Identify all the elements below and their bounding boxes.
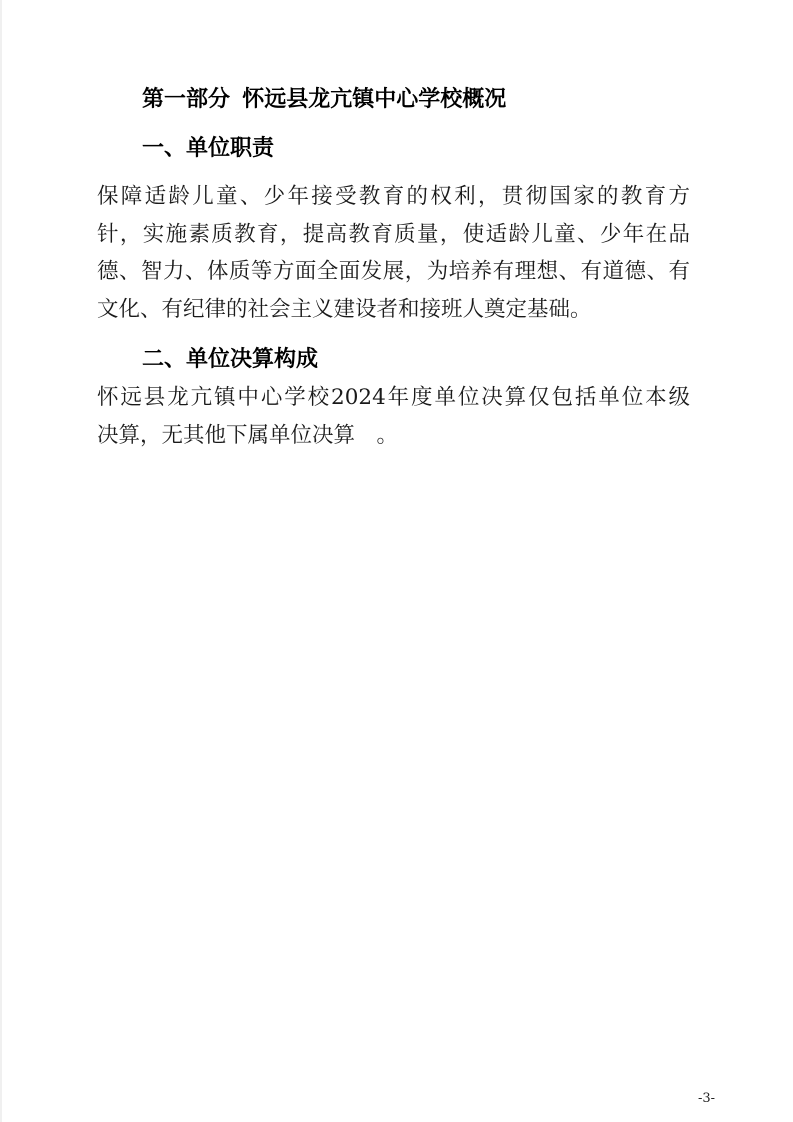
document-page: 第一部分 怀远县龙亢镇中心学校概况 一、单位职责 保障适龄儿童、少年接受教育的权… — [0, 0, 793, 1122]
paragraph-line: 文化、有纪律的社会主义建设者和接班人奠定基础。 — [97, 291, 690, 329]
paragraph-line: 决算，无其他下属单位决算 。 — [97, 417, 690, 455]
page-content: 第一部分 怀远县龙亢镇中心学校概况 一、单位职责 保障适龄儿童、少年接受教育的权… — [0, 0, 793, 454]
page-number: -3- — [698, 1092, 715, 1106]
section-1-heading: 一、单位职责 — [142, 135, 690, 161]
section-final-accounts-composition: 二、单位决算构成 怀远县龙亢镇中心学校2024年度单位决算仅包括单位本级决算，无… — [97, 346, 690, 454]
section-2-heading: 二、单位决算构成 — [142, 346, 690, 372]
section-2-paragraph: 怀远县龙亢镇中心学校2024年度单位决算仅包括单位本级决算，无其他下属单位决算 … — [97, 379, 690, 454]
scan-edge-artifact — [0, 0, 2, 1122]
section-unit-duties: 一、单位职责 保障适龄儿童、少年接受教育的权利，贯彻国家的教育方针，实施素质教育… — [97, 135, 690, 328]
part-heading: 第一部分 怀远县龙亢镇中心学校概况 — [142, 86, 690, 112]
paragraph-line: 针，实施素质教育，提高教育质量，使适龄儿童、少年在品 — [97, 216, 690, 254]
paragraph-line: 德、智力、体质等方面全面发展，为培养有理想、有道德、有 — [97, 253, 690, 291]
paragraph-line: 怀远县龙亢镇中心学校2024年度单位决算仅包括单位本级 — [97, 379, 690, 417]
section-1-paragraph: 保障适龄儿童、少年接受教育的权利，贯彻国家的教育方针，实施素质教育，提高教育质量… — [97, 178, 690, 328]
paragraph-line: 保障适龄儿童、少年接受教育的权利，贯彻国家的教育方 — [97, 178, 690, 216]
